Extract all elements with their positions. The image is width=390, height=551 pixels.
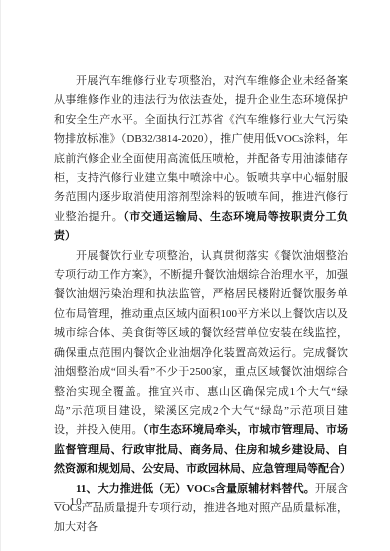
page-left-scan-edge xyxy=(0,0,1,551)
document-page: { "page": { "background_color": "#ffffff… xyxy=(0,0,390,551)
paragraph-text: 开展汽车维修行业专项整治，对汽车维修企业未经备案从事维修作业的违法行为依法查处，… xyxy=(54,75,348,223)
section-heading-sentence: 11、大力推进低（无）VOCs含量原辅材料替代。 xyxy=(76,483,315,495)
paragraph-auto-repair: 开展汽车维修行业专项整治，对汽车维修企业未经备案从事维修作业的违法行为依法查处，… xyxy=(54,72,348,247)
page-number: — 10 — xyxy=(54,496,99,508)
paragraph-text: 开展餐饮行业专项整治，认真贯彻落实《餐饮油烟整治专项行动工作方案》，不断提升餐饮… xyxy=(54,250,348,437)
paragraph-catering: 开展餐饮行业专项整治，认真贯彻落实《餐饮油烟整治专项行动工作方案》，不断提升餐饮… xyxy=(54,247,348,480)
paragraph-vocs-substitution: 11、大力推进低（无）VOCs含量原辅材料替代。开展含VOCs产品质量提升专项行… xyxy=(54,480,348,538)
document-body: 开展汽车维修行业专项整治，对汽车维修企业未经备案从事维修作业的违法行为依法查处，… xyxy=(54,72,348,538)
